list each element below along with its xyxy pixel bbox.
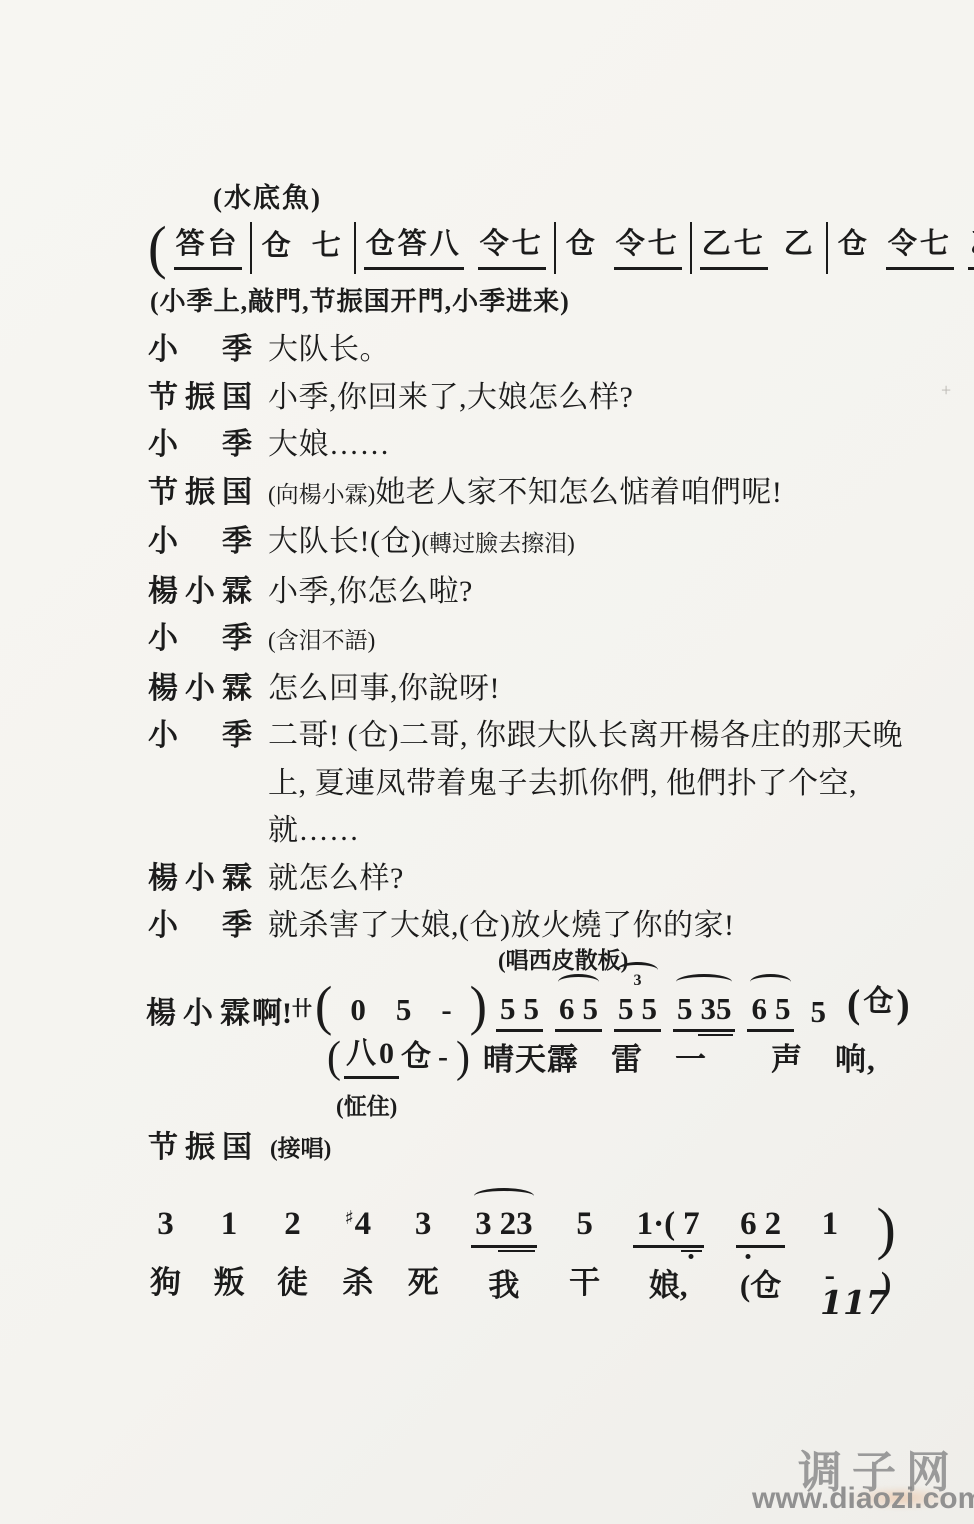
vocal-lyric-row: (八0仓-)晴天霹 雷 一 声 响,	[324, 1034, 876, 1079]
dialogue-block: 小季大队长。节振国小季,你回来了,大娘怎么样?小季大娘……节振国(向楊小霖)她老…	[148, 326, 930, 950]
note: 6	[555, 992, 579, 1032]
notation-with-lyrics: 3狗1叛2徒♯4杀3死323我5干1·(7娘,62(仓1-))	[150, 1188, 898, 1305]
note: 2	[280, 1206, 305, 1245]
continue-singing-cue: (接唱)	[270, 1130, 331, 1166]
dialogue-text: 二哥! (仓)二哥, 你跟大队长离开楊各庄的那天晚上, 夏連凤带着鬼子去抓你們,…	[268, 712, 923, 855]
speaker-label: 小季	[148, 712, 252, 760]
note: 3	[411, 1206, 436, 1245]
luogu-group: 八0	[344, 1035, 399, 1080]
luogu-group: 仓	[399, 1038, 436, 1080]
note-lyric-column: 3死	[408, 1188, 439, 1305]
note-row: 323	[471, 1188, 537, 1248]
note-group: 65	[555, 966, 602, 1032]
dash: -	[436, 1038, 453, 1080]
singing-block-yangxiaolin: (唱西皮散板) 楊小霖啊!卄(05-)5565355535655(仓) (八0仓…	[146, 942, 956, 1122]
dialogue-row: 节振国小季,你回来了,大娘怎么样?	[148, 374, 930, 422]
luogu-measure: 仓七	[260, 228, 346, 268]
dialogue-text: 小季,你怎么啦?	[268, 568, 923, 616]
dialogue-row: 小季(含泪不語)	[148, 615, 930, 665]
percussion-notation-line: (答台仓七仓答八令七仓令七乙七乙仓令七乙台仓)	[146, 214, 974, 282]
slur-arc	[676, 974, 733, 990]
inline-stage-direction: (向楊小霖)	[268, 482, 375, 507]
watermark-site-url[interactable]: www.diaozi.com	[752, 1482, 974, 1516]
dialogue-segment: 二哥! (仓)二哥, 你跟大队长离开楊各庄的那天晚上, 夏連凤带着鬼子去抓你們,…	[268, 719, 903, 847]
note-lyric-column: 1·(7娘,	[633, 1188, 704, 1305]
speaker-label: 节振国	[148, 374, 252, 422]
note-lyric-column: 323我	[471, 1188, 537, 1305]
sharp-sign: ♯	[344, 1207, 353, 1229]
lyric: 狗	[150, 1257, 181, 1302]
dialogue-segment: 怎么回事,你說呀!	[268, 672, 500, 705]
note: 5	[806, 995, 830, 1032]
slur-arc	[750, 974, 791, 990]
inline-stage-direction: (轉过臉去擦泪)	[421, 531, 574, 556]
dialogue-row: 小季大队长。	[148, 326, 930, 374]
note-row: 3	[153, 1188, 178, 1245]
dialogue-row: 节振国(向楊小霖)她老人家不知怎么惦着咱們呢!	[148, 469, 930, 519]
luogu-group: 乙	[782, 226, 818, 266]
open-paren: (	[146, 215, 169, 280]
note: 1	[217, 1206, 242, 1245]
note: 7	[679, 1206, 704, 1248]
luogu-measure: 乙七乙	[700, 226, 818, 269]
note-lyric-column: 1叛	[213, 1188, 244, 1305]
note: 23	[496, 1206, 537, 1248]
dialogue-text: (含泪不語)	[268, 615, 923, 665]
grace-note: 3	[633, 973, 641, 989]
note-row: 62	[736, 1188, 785, 1248]
note-group: 55	[496, 966, 543, 1032]
close-paren: )	[453, 1036, 473, 1080]
lyric: 娘,	[649, 1260, 688, 1305]
note: 6	[747, 992, 771, 1032]
note-row: 1	[217, 1188, 242, 1245]
intro-note: -	[441, 992, 451, 1032]
note: 5	[496, 992, 520, 1032]
open-paren: (	[844, 981, 863, 1026]
dialogue-row: 小季大队长!(仓)(轉过臉去擦泪)	[148, 518, 930, 568]
dialogue-segment: 她老人家不知怎么惦着咱們呢!	[375, 476, 782, 509]
luogu-group: 乙七	[700, 226, 768, 269]
lyric: 徒	[277, 1257, 308, 1302]
note: 6	[736, 1206, 761, 1248]
luogu-measure: 仓令七乙台	[836, 226, 974, 269]
note: 1·(	[633, 1206, 680, 1248]
note: 5	[519, 992, 543, 1032]
page-number: 117	[820, 1283, 889, 1322]
note-group: 5	[806, 969, 830, 1032]
dialogue-row: 小季二哥! (仓)二哥, 你跟大队长离开楊各庄的那天晚上, 夏連凤带着鬼子去抓你…	[148, 712, 930, 855]
speaker-label: 楊小霖	[148, 855, 252, 903]
note: 5	[614, 992, 638, 1032]
inline-stage-direction: (含泪不語)	[268, 628, 375, 653]
dialogue-segment: 小季,你怎么啦?	[268, 575, 473, 608]
scan-artifact: +	[941, 380, 951, 401]
dialogue-row: 楊小霖就怎么样?	[148, 855, 930, 903]
note: 5	[637, 992, 661, 1032]
measure-barline	[554, 222, 556, 274]
note-group: 535	[673, 966, 736, 1032]
luogu-measure: 答台	[174, 226, 242, 269]
note: ♯4	[340, 1206, 375, 1245]
exclamation: 啊!卄	[252, 988, 312, 1032]
note-lyric-column: 3狗	[150, 1188, 181, 1305]
open-paren: (	[312, 981, 335, 1034]
speaker-label: 小季	[148, 326, 252, 374]
dialogue-text: 大娘……	[268, 421, 923, 469]
note: 5	[578, 992, 602, 1032]
lyrics: 晴天霹 雷 一 声 响,	[483, 1034, 876, 1079]
note: 5	[673, 992, 697, 1032]
measure-barline	[250, 222, 252, 274]
note-row: 1·(7	[633, 1188, 704, 1248]
speaker-label: 节振国	[148, 1122, 252, 1166]
dialogue-text: 大队长。	[268, 326, 923, 374]
close-paren: )	[467, 981, 490, 1034]
note: 1	[818, 1206, 843, 1245]
note-lyric-column: 62(仓	[736, 1188, 785, 1305]
speaker-label: 小季	[148, 615, 252, 663]
luogu-group: 仓	[260, 228, 296, 268]
note-lyric-column: 2徒	[277, 1188, 308, 1305]
measure-barline	[690, 222, 692, 274]
percussion-pattern-name: (水底魚)	[213, 176, 322, 215]
note-row: 3	[411, 1188, 436, 1245]
note: 5	[771, 992, 795, 1032]
dialogue-text: (向楊小霖)她老人家不知怎么惦着咱們呢!	[268, 469, 923, 519]
tall-paren: )	[875, 1206, 898, 1253]
speaker-label: 小季	[148, 421, 252, 469]
note-group: 355	[614, 966, 661, 1032]
dialogue-text: 就怎么样?	[268, 855, 923, 903]
luogu-measure: 仓令七	[564, 226, 682, 269]
dialogue-segment: 大队长!(仓)	[268, 525, 421, 558]
dialogue-row: 楊小霖小季,你怎么啦?	[148, 568, 930, 616]
note: 35	[696, 992, 735, 1032]
note-row: )	[875, 1188, 898, 1253]
singing-block-jiezhenguo-header: 节振国 (接唱)	[148, 1122, 331, 1166]
close-paren: )	[893, 981, 912, 1026]
luogu-group: 令七	[614, 226, 682, 269]
open-paren: (	[324, 1036, 344, 1080]
dialogue-segment: 就怎么样?	[268, 862, 404, 895]
note-lyric-column: ♯4杀	[340, 1188, 375, 1305]
dialogue-segment: 大娘……	[268, 428, 390, 461]
lyric: 死	[408, 1257, 439, 1302]
luogu-group: 仓答八	[364, 226, 464, 269]
note: 3	[471, 1206, 496, 1248]
lyric: 我	[488, 1260, 519, 1305]
percussion-tail: (仓)	[844, 976, 913, 1032]
note: 3	[153, 1206, 178, 1245]
stage-direction: (小季上,敲門,节振国开門,小季进来)	[150, 281, 570, 318]
vocal-notation-row: 楊小霖啊!卄(05-)5565355535655(仓)	[146, 966, 913, 1032]
note: 5	[572, 1206, 597, 1245]
luogu-group: 七	[310, 228, 346, 268]
dialogue-row: 小季大娘……	[148, 421, 930, 469]
lyric: (仓	[740, 1260, 781, 1305]
luogu-group: 仓	[836, 226, 872, 266]
measure-barline	[826, 222, 828, 274]
note-group: 65	[747, 966, 794, 1032]
measure-barline	[354, 222, 356, 274]
luogu-measure: 仓答八令七	[364, 226, 546, 269]
slur-arc	[474, 1188, 534, 1204]
hold-direction: (怔住)	[336, 1088, 397, 1121]
note: 2	[761, 1206, 786, 1248]
note-row: 2	[280, 1188, 305, 1245]
note-lyric-column: 5干	[569, 1188, 600, 1305]
dialogue-segment: 就杀害了大娘,(仓)放火燒了你的家!	[268, 909, 734, 942]
lyric: 叛	[213, 1257, 244, 1302]
speaker-label: 小季	[148, 518, 252, 566]
note-row: 5	[572, 1188, 597, 1245]
lyric: 干	[569, 1257, 600, 1302]
luogu-group: 乙台	[968, 226, 974, 269]
speaker-label: 节振国	[148, 469, 252, 517]
score-page: (水底魚) (答台仓七仓答八令七仓令七乙七乙仓令七乙台仓) (小季上,敲門,节振…	[0, 0, 974, 1524]
speaker-label: 楊小霖	[146, 988, 250, 1032]
tall-paren-glyph: )	[875, 1196, 898, 1261]
speaker-label: 楊小霖	[148, 568, 252, 616]
aside-mark: 卄	[292, 998, 312, 1020]
luogu-group: 令七	[886, 226, 954, 269]
dialogue-text: 小季,你回来了,大娘怎么样?	[268, 374, 923, 422]
note-row: ♯4	[340, 1188, 375, 1245]
dialogue-segment: 大队长。	[268, 333, 390, 366]
dialogue-row: 楊小霖怎么回事,你說呀!	[148, 665, 930, 713]
intro-note: 5	[396, 992, 412, 1032]
luogu-group: 答台	[174, 226, 242, 269]
intro-note: 0	[350, 992, 366, 1032]
note-row: 1	[818, 1188, 843, 1245]
luogu-group: 令七	[478, 226, 546, 269]
speaker-label: 楊小霖	[148, 665, 252, 713]
dialogue-segment: 小季,你回来了,大娘怎么样?	[268, 381, 633, 414]
dialogue-text: 大队长!(仓)(轉过臉去擦泪)	[268, 518, 923, 568]
slur-arc	[558, 974, 599, 990]
lyric: 杀	[342, 1257, 373, 1302]
luogu-group: 仓	[564, 226, 600, 266]
dialogue-text: 怎么回事,你說呀!	[268, 665, 923, 713]
